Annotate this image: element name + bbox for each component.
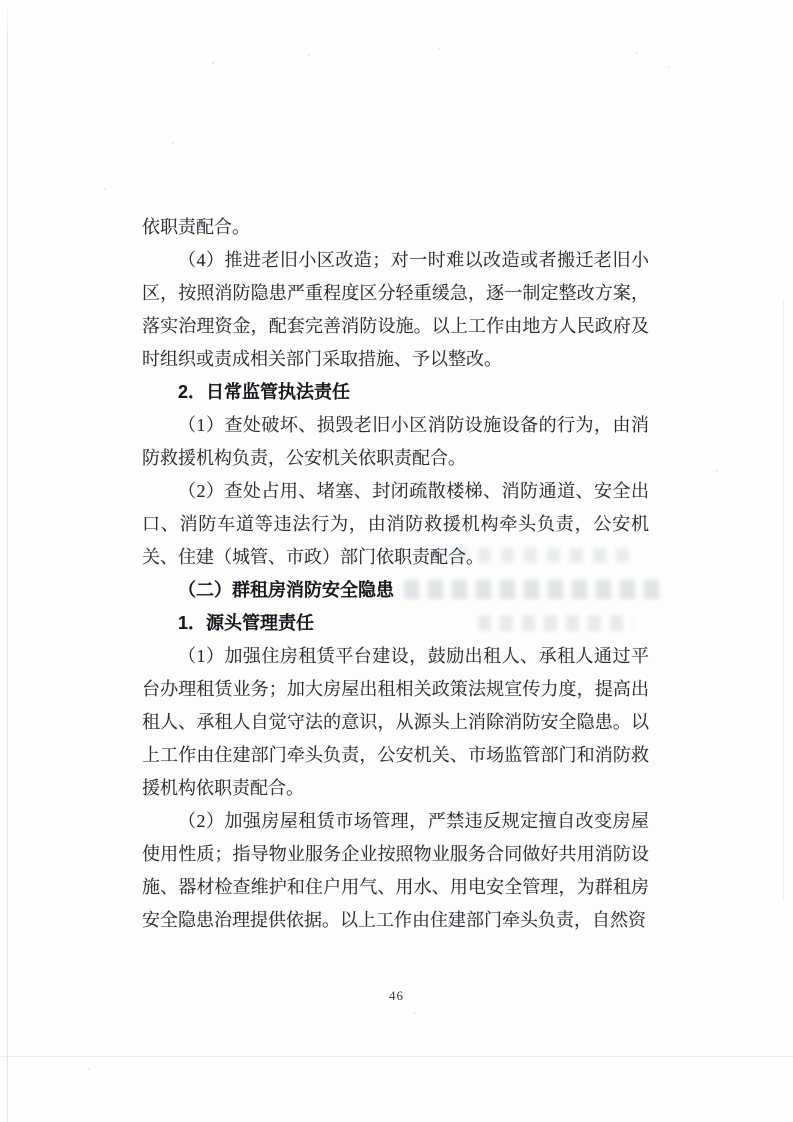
section-heading: （二）群租房消防安全隐患 bbox=[142, 574, 649, 607]
body-paragraph: （2）查处占用、堵塞、封闭疏散楼梯、消防通道、安全出口、消防车道等违法行为，由消… bbox=[142, 475, 649, 574]
document-page: 依职责配合。（4）推进老旧小区改造；对一时难以改造或者搬迁老旧小区，按照消防隐患… bbox=[0, 0, 793, 1122]
body-paragraph: （2）加强房屋租赁市场管理，严禁违反规定擅自改变房屋使用性质；指导物业服务企业按… bbox=[142, 805, 649, 937]
body-paragraph: （4）推进老旧小区改造；对一时难以改造或者搬迁老旧小区，按照消防隐患严重程度区分… bbox=[142, 244, 649, 376]
scan-fold-line-bottom bbox=[0, 1056, 793, 1057]
scan-edge-line-left bbox=[7, 0, 8, 1122]
body-paragraph: （1）查处破坏、损毁老旧小区消防设施设备的行为，由消防救援机构负责，公安机关依职… bbox=[142, 409, 649, 475]
body-paragraph: （1）加强住房租赁平台建设，鼓励出租人、承租人通过平台办理租赁业务；加大房屋出租… bbox=[142, 640, 649, 805]
body-paragraph: 依职责配合。 bbox=[142, 211, 649, 244]
scan-edge-line-right bbox=[783, 300, 784, 900]
page-number: 46 bbox=[0, 988, 793, 1004]
section-heading: 1．源头管理责任 bbox=[142, 607, 649, 640]
scan-noise-speckles bbox=[0, 0, 2, 2]
document-body: 依职责配合。（4）推进老旧小区改造；对一时难以改造或者搬迁老旧小区，按照消防隐患… bbox=[142, 211, 649, 937]
section-heading: 2．日常监管执法责任 bbox=[142, 376, 649, 409]
